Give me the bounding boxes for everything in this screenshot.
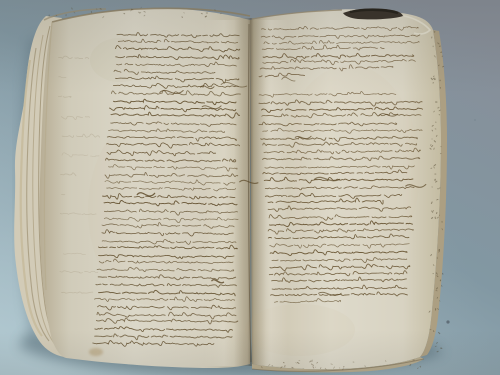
manuscript-photo-canvas [0,0,500,375]
dust-speck [446,320,449,323]
dust-speck [474,119,476,121]
photo-vignette [0,0,500,375]
manuscript-photo [0,0,500,375]
